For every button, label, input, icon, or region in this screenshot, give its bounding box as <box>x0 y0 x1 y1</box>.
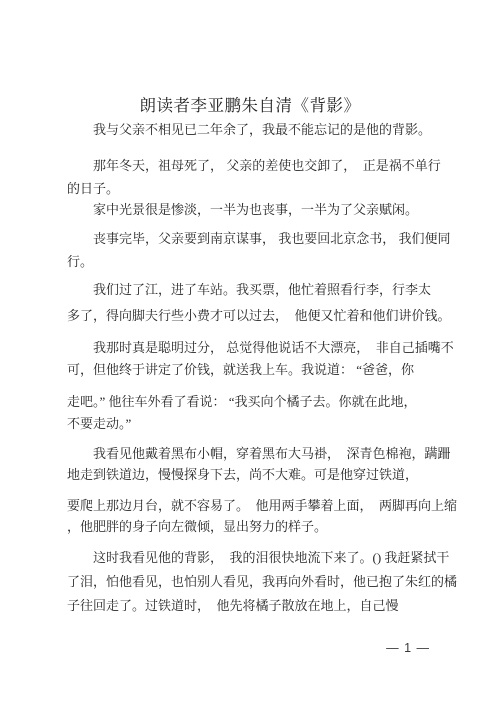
text-line: 了泪，怕他看见，也怕别人看见，我再向外看时，他已抱了朱红的橘 <box>67 573 470 590</box>
text-line: 这时我看见他的背影， 我的泪很快地流下来了。() 我赶紧拭干 <box>67 549 470 566</box>
text-line: 不要走动。” <box>67 415 470 432</box>
text-line: 要爬上那边月台，就不容易了。 他用两手攀着上面， 两脚再向上缩 <box>67 497 470 514</box>
text-line: 走吧。” 他往车外看了看说： “我买向个橘子去。你就在此地， <box>67 393 470 410</box>
text-line: 可，但他终于讲定了价钱，就送我上车。我说道： “爸爸，你 <box>67 361 470 378</box>
text-line: 我与父亲不相见已二年余了，我最不能忘记的是他的背影。 <box>67 121 470 138</box>
text-line: 那年冬天，祖母死了， 父亲的差使也交卸了， 正是祸不单行 <box>67 157 470 174</box>
text-line: 的日子。 <box>67 180 470 197</box>
text-line: 我看见他戴着黑布小帽，穿着黑布大马褂， 深青色棉袍，蹒跚 <box>67 445 470 462</box>
document-title: 朗读者李亚鹏朱自清《背影》 <box>0 92 500 116</box>
text-line: 子往回走了。过铁道时， 他先将橘子散放在地上，自己慢 <box>67 597 470 614</box>
page-number: — 1 — <box>386 641 430 655</box>
document-page: 朗读者李亚鹏朱自清《背影》 我与父亲不相见已二年余了，我最不能忘记的是他的背影。… <box>0 0 500 708</box>
text-line: 行。 <box>67 253 470 270</box>
text-line: 地走到铁道边，慢慢探身下去，尚不大难。可是他穿过铁道， <box>67 466 470 483</box>
text-line: 我那时真是聪明过分， 总觉得他说话不大漂亮， 非自己插嘴不 <box>67 339 470 356</box>
text-line: 家中光景很是惨淡，一半为也丧事，一半为了父亲赋闲。 <box>67 201 470 218</box>
text-line: 多了，得向脚夫行些小费才可以过去， 他便又忙着和他们讲价钱。 <box>67 307 470 324</box>
text-line: ，他肥胖的身子向左微倾，显出努力的样子。 <box>67 518 470 535</box>
text-line: 我们过了江，进了车站。我买票，他忙着照看行李，行李太 <box>67 281 470 298</box>
text-line: 丧事完毕，父亲要到南京谋事， 我也要回北京念书， 我们便同 <box>67 230 470 247</box>
